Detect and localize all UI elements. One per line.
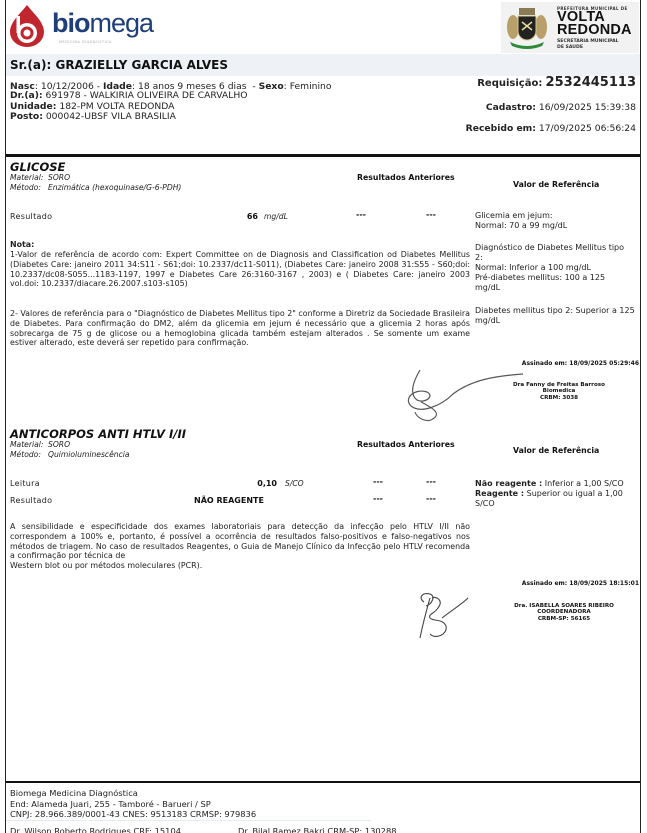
column-previous-results: Resultados Anteriores <box>357 173 455 182</box>
result-value: NÃO REAGENTE <box>194 496 264 505</box>
biomega-drop-icon <box>8 4 46 48</box>
volta-redonda-logo: PREFEITURA MUNICIPAL DE VOLTA REDONDA SE… <box>501 2 639 53</box>
footer-responsible-2: Dr. Bilal Ramez Bakri CRM-SP: 130288 <box>238 826 397 833</box>
section-divider <box>6 154 640 157</box>
previous-result-2: --- <box>426 477 436 486</box>
column-reference: Valor de Referência <box>513 180 599 189</box>
reference-dm2: Diagnóstico de Diabetes Mellitus tipo 2:… <box>475 243 625 293</box>
previous-result-1: --- <box>373 494 383 503</box>
exam-title-glicose: GLICOSE <box>10 160 65 174</box>
footer-divider <box>6 781 640 783</box>
column-reference: Valor de Referência <box>513 446 599 455</box>
exam-method: Método:Quimioluminescência <box>10 450 130 459</box>
exam-material: Material:SORO <box>10 173 70 182</box>
request-received: Recebido em: 17/09/2025 06:56:24 <box>466 124 636 134</box>
footer-company-info: Biomega Medicina Diagnóstica End: Alamed… <box>10 788 256 820</box>
previous-result-1: --- <box>356 210 366 219</box>
reading-unit: S/CO <box>285 479 304 488</box>
reference-glicemia: Glicemia em jejum: Normal: 70 a 99 mg/dL <box>475 211 637 231</box>
signed-at: Assinado em: 18/09/2025 05:29:46 <box>522 360 639 367</box>
request-registered: Cadastro: 16/09/2025 15:39:38 <box>486 103 636 113</box>
note-1: 1-Valor de referência de acordo com: Exp… <box>10 250 470 289</box>
result-value: 66 <box>247 212 258 221</box>
result-label: Resultado <box>10 212 52 221</box>
exam-title-htlv: ANTICORPOS ANTI HTLV I/II <box>10 427 186 441</box>
signature-htlv <box>412 588 472 644</box>
signer-glicose: Dra Fanny de Freitas Barroso Biomedica C… <box>484 382 634 401</box>
footer-separator <box>6 820 371 821</box>
reading-value: 0,10 <box>257 479 277 488</box>
biomega-tagline: MEDICINA DIAGNÓSTICA <box>59 40 112 44</box>
result-label: Resultado <box>10 496 52 505</box>
signer-htlv: Dra. ISABELLA SOARES RIBEIRO COORDENADOR… <box>489 603 639 622</box>
biomega-logo: biomega MEDICINA DIAGNÓSTICA <box>8 4 148 48</box>
htlv-note: A sensibilidade e especificidade dos exa… <box>10 522 470 571</box>
patient-doctor: Dr.(a): 691978 - WALKIRIA OLIVEIRA DE CA… <box>10 91 247 101</box>
note-label: Nota: <box>10 240 470 250</box>
signed-at: Assinado em: 18/09/2025 18:15:01 <box>522 580 639 587</box>
exam-material: Material:SORO <box>10 440 70 449</box>
result-unit: mg/dL <box>264 212 288 221</box>
patient-post: Posto: 000042-UBSF VILA BRASILIA <box>10 112 176 122</box>
reading-label: Leitura <box>10 479 40 488</box>
partner-department: SECRETARIA MUNICIPAL DE SAUDE <box>557 39 619 50</box>
column-previous-results: Resultados Anteriores <box>357 440 455 449</box>
reference-dm2-superior: Diabetes mellitus tipo 2: Superior a 125… <box>475 306 635 326</box>
note-2: 2- Valores de referência para o "Diagnós… <box>10 309 470 348</box>
previous-result-2: --- <box>426 494 436 503</box>
patient-name: Sr.(a): GRAZIELLY GARCIA ALVES <box>10 58 228 72</box>
partner-name: VOLTA REDONDA <box>557 11 632 37</box>
exam-method: Método:Enzimática (hexoquinase/G-6-PDH) <box>10 183 181 192</box>
biomega-wordmark: biomega <box>52 10 153 37</box>
request-number: Requisição: 2532445113 <box>477 78 636 89</box>
reference-htlv: Não reagente : Inferior a 1,00 S/CO Reag… <box>475 479 635 509</box>
city-crest-icon <box>506 5 548 50</box>
previous-result-2: --- <box>426 210 436 219</box>
footer-responsible-1: Dr. Wilson Roberto Rodrigues CRF: 15104 <box>10 826 181 833</box>
previous-result-1: --- <box>373 477 383 486</box>
